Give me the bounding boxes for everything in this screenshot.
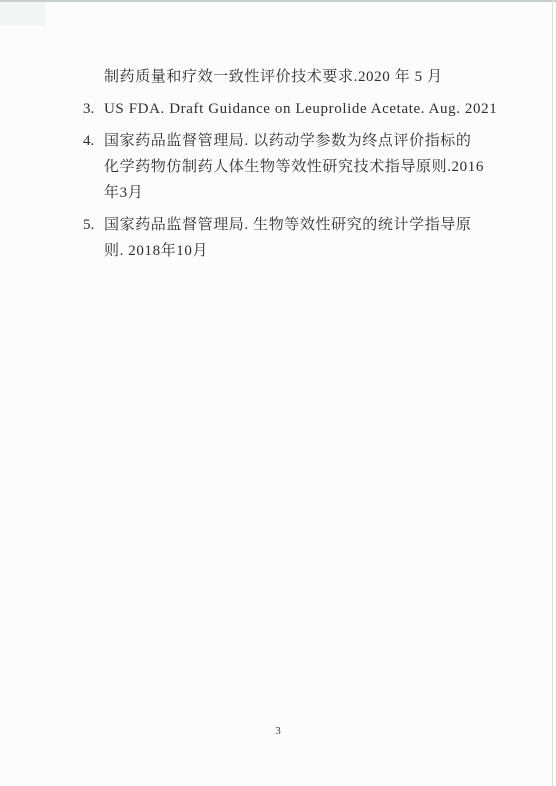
reference-item: 3.US FDA. Draft Guidance on Leuprolide A… (83, 96, 478, 122)
reference-line: 则. 2018年10月 (104, 238, 478, 264)
reference-text: 国家药品监督管理局. 生物等效性研究的统计学指导原则. 2018年10月 (104, 212, 478, 264)
document-page: 制药质量和疗效一致性评价技术要求.2020 年 5 月3.US FDA. Dra… (0, 0, 556, 786)
reference-number: 5. (83, 212, 104, 238)
reference-text: 制药质量和疗效一致性评价技术要求.2020 年 5 月 (104, 64, 478, 90)
page-number: 3 (0, 725, 556, 737)
reference-line: 年3月 (104, 180, 478, 206)
page-right-edge-line (552, 0, 553, 786)
reference-line: 国家药品监督管理局. 生物等效性研究的统计学指导原 (104, 212, 478, 238)
scan-corner-smudge (0, 2, 45, 26)
reference-item: 制药质量和疗效一致性评价技术要求.2020 年 5 月 (83, 64, 478, 90)
scan-top-edge-artifact (0, 0, 556, 2)
reference-line: 国家药品监督管理局. 以药动学参数为终点评价指标的 (104, 128, 478, 154)
reference-number: 3. (83, 96, 104, 122)
reference-line: 制药质量和疗效一致性评价技术要求.2020 年 5 月 (104, 64, 478, 90)
reference-line: US FDA. Draft Guidance on Leuprolide Ace… (104, 96, 478, 122)
references-list: 制药质量和疗效一致性评价技术要求.2020 年 5 月3.US FDA. Dra… (83, 64, 478, 270)
reference-number: 4. (83, 128, 104, 154)
reference-line: 化学药物仿制药人体生物等效性研究技术指导原则.2016 (104, 154, 478, 180)
reference-item: 4.国家药品监督管理局. 以药动学参数为终点评价指标的化学药物仿制药人体生物等效… (83, 128, 478, 206)
reference-text: 国家药品监督管理局. 以药动学参数为终点评价指标的化学药物仿制药人体生物等效性研… (104, 128, 478, 206)
reference-item: 5.国家药品监督管理局. 生物等效性研究的统计学指导原则. 2018年10月 (83, 212, 478, 264)
reference-text: US FDA. Draft Guidance on Leuprolide Ace… (104, 96, 478, 122)
